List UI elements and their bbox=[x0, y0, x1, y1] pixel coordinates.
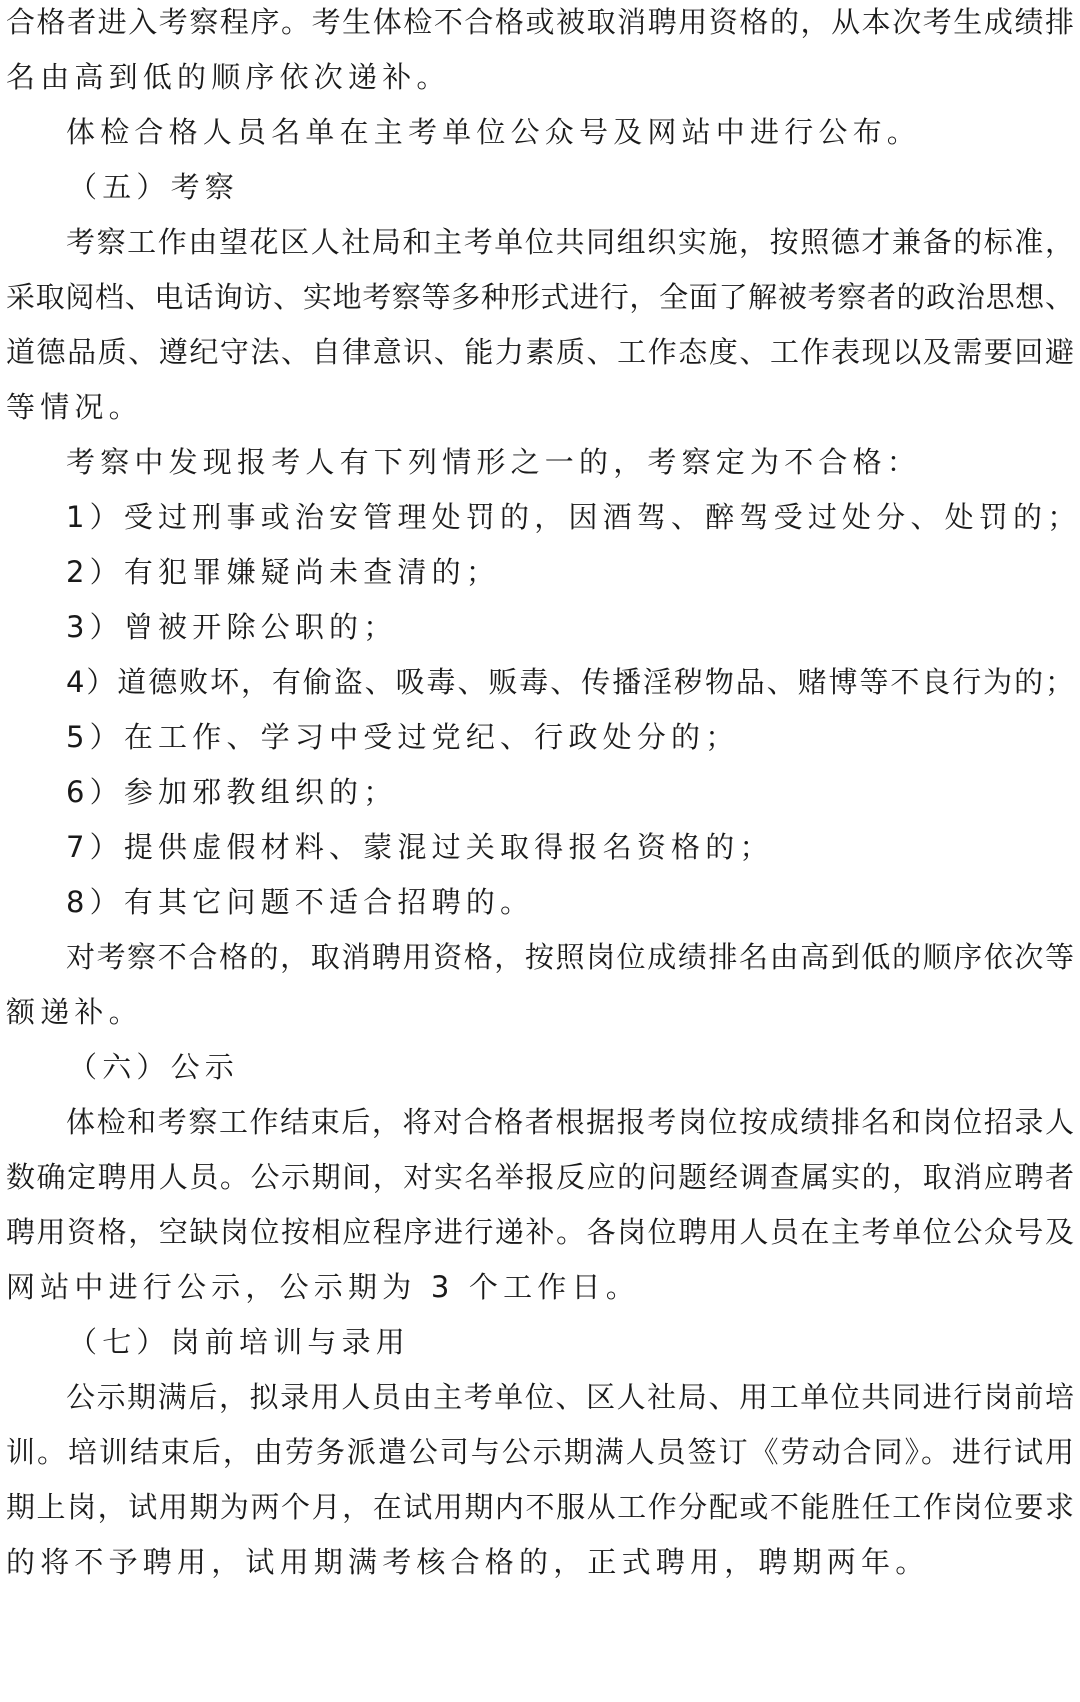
paragraph-line: 公示期满后，拟录用人员由主考单位、区人社局、用工单位共同进行岗前培 bbox=[66, 1375, 1074, 1431]
list-item-1: 1）受过刑事或治安管理处罚的，因酒驾、醉驾受过处分、处罚的； bbox=[66, 495, 1080, 551]
paragraph-line: 训。培训结束后，由劳务派遣公司与公示期满人员签订《劳动合同》。进行试用 bbox=[6, 1430, 1074, 1486]
paragraph-line: 的将不予聘用，试用期满考核合格的，正式聘用，聘期两年。 bbox=[6, 1540, 929, 1596]
paragraph-line: 采取阅档、电话询访、实地考察等多种形式进行，全面了解被考察者的政治思想、 bbox=[6, 275, 1074, 331]
list-item-5: 5）在工作、学习中受过党纪、行政处分的； bbox=[66, 715, 739, 771]
paragraph-line: 等情况。 bbox=[6, 385, 143, 441]
paragraph-line: 合格者进入考察程序。考生体检不合格或被取消聘用资格的，从本次考生成绩排 bbox=[6, 0, 1074, 56]
list-item-2: 2）有犯罪嫌疑尚未查清的； bbox=[66, 550, 500, 606]
paragraph-line: 考察中发现报考人有下列情形之一的，考察定为不合格： bbox=[66, 440, 921, 496]
paragraph-line: 体检合格人员名单在主考单位公众号及网站中进行公布。 bbox=[66, 110, 921, 166]
list-item-8: 8）有其它问题不适合招聘的。 bbox=[66, 880, 534, 936]
paragraph-line: 数确定聘用人员。公示期间，对实名举报反应的问题经调查属实的，取消应聘者 bbox=[6, 1155, 1074, 1211]
paragraph-line: 期上岗，试用期为两个月，在试用期内不服从工作分配或不能胜任工作岗位要求 bbox=[6, 1485, 1074, 1541]
list-item-6: 6）参加邪教组织的； bbox=[66, 770, 397, 826]
paragraph-line: 考察工作由望花区人社局和主考单位共同组织实施，按照德才兼备的标准， bbox=[66, 220, 1074, 276]
document-page: 合格者进入考察程序。考生体检不合格或被取消聘用资格的，从本次考生成绩排 名由高到… bbox=[0, 0, 1080, 1702]
paragraph-line: 道德品质、遵纪守法、自律意识、能力素质、工作态度、工作表现以及需要回避 bbox=[6, 330, 1074, 386]
section-heading-5: （五）考察 bbox=[68, 165, 239, 221]
section-heading-7: （七）岗前培训与录用 bbox=[68, 1320, 410, 1376]
paragraph-line: 体检和考察工作结束后，将对合格者根据报考岗位按成绩排名和岗位招录人 bbox=[66, 1100, 1074, 1156]
list-item-7: 7）提供虚假材料、蒙混过关取得报名资格的； bbox=[66, 825, 774, 881]
list-item-4: 4）道德败坏，有偷盗、吸毒、贩毒、传播淫秽物品、赌博等不良行为的； bbox=[66, 660, 1074, 716]
section-heading-6: （六）公示 bbox=[68, 1045, 239, 1101]
paragraph-line: 额递补。 bbox=[6, 990, 143, 1046]
list-item-3: 3）曾被开除公职的； bbox=[66, 605, 397, 661]
paragraph-line: 网站中进行公示，公示期为 3 个工作日。 bbox=[6, 1265, 640, 1321]
paragraph-line: 名由高到低的顺序依次递补。 bbox=[6, 55, 451, 111]
paragraph-line: 聘用资格，空缺岗位按相应程序进行递补。各岗位聘用人员在主考单位公众号及 bbox=[6, 1210, 1074, 1266]
paragraph-line: 对考察不合格的，取消聘用资格，按照岗位成绩排名由高到低的顺序依次等 bbox=[66, 935, 1074, 991]
